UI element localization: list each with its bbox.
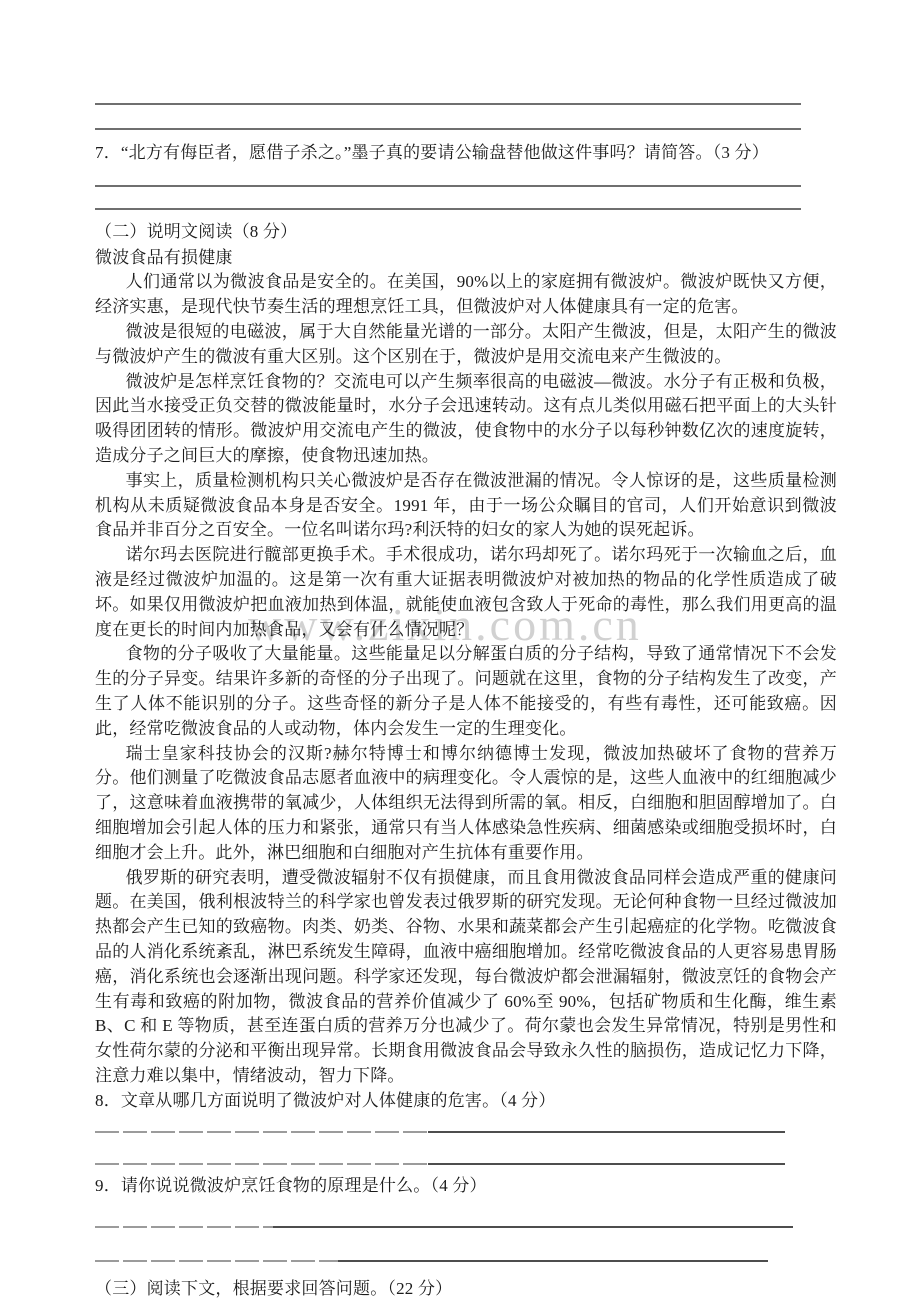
article-title: 微波食品有损健康 bbox=[95, 246, 837, 271]
article-paragraph: 诺尔玛去医院进行髋部更换手术。手术很成功，诺尔玛却死了。诺尔玛死于一次输血之后，… bbox=[95, 543, 837, 642]
section-3-heading: （三）阅读下文，根据要求回答问题。（22 分） bbox=[95, 1277, 837, 1302]
question-9: 9．请你说说微波炉烹饪食物的原理是什么。（4 分） bbox=[95, 1174, 837, 1199]
section-2-heading: （二）说明文阅读（8 分） bbox=[95, 220, 837, 245]
article-paragraph: 微波是很短的电磁波，属于大自然能量光谱的一部分。太阳产生微波，但是，太阳产生的微… bbox=[95, 320, 837, 370]
article-paragraph: 人们通常以为微波食品是安全的。在美国，90%以上的家庭拥有微波炉。微波炉既快又方… bbox=[95, 270, 837, 320]
answer-blank-line bbox=[95, 128, 801, 130]
answer-blank-line bbox=[95, 1259, 837, 1262]
exam-page: www.zixin.com.cn 7．“北方有侮臣者，愿借子杀之。”墨子真的要请… bbox=[0, 0, 920, 1302]
answer-blank-line bbox=[95, 208, 801, 210]
question-7: 7．“北方有侮臣者，愿借子杀之。”墨子真的要请公输盘替他做这件事吗？请简答。（3… bbox=[95, 141, 837, 166]
answer-line-dashed-segment bbox=[95, 1260, 338, 1262]
answer-blank-line bbox=[95, 1162, 837, 1165]
page-content: 7．“北方有侮臣者，愿借子杀之。”墨子真的要请公输盘替他做这件事吗？请简答。（3… bbox=[95, 103, 837, 1302]
answer-blank-line bbox=[95, 1225, 837, 1228]
answer-line-dashed-segment bbox=[95, 1226, 273, 1228]
answer-blank-line bbox=[95, 103, 801, 105]
article-paragraph: 食物的分子吸收了大量能量。这些能量足以分解蛋白质的分子结构，导致了通常情况下不会… bbox=[95, 642, 837, 741]
answer-line-solid-segment bbox=[338, 1260, 768, 1262]
article-paragraph: 事实上，质量检测机构只关心微波炉是否存在微波泄漏的情况。令人惊讶的是，这些质量检… bbox=[95, 469, 837, 543]
answer-line-dashed-segment bbox=[95, 1131, 428, 1133]
article-paragraph: 微波炉是怎样烹饪食物的？交流电可以产生频率很高的电磁波—微波。水分子有正极和负极… bbox=[95, 370, 837, 469]
article-paragraph: 瑞士皇家科技协会的汉斯?赫尔特博士和博尔纳德博士发现，微波加热破坏了食物的营养万… bbox=[95, 742, 837, 866]
answer-line-solid-segment bbox=[428, 1131, 785, 1133]
answer-line-solid-segment bbox=[428, 1163, 785, 1165]
answer-blank-line bbox=[95, 185, 801, 187]
answer-line-dashed-segment bbox=[95, 1163, 428, 1165]
question-8: 8．文章从哪几方面说明了微波炉对人体健康的危害。（4 分） bbox=[95, 1089, 837, 1114]
article-paragraph: 俄罗斯的研究表明，遭受微波辐射不仅有损健康，而且食用微波食品同样会造成严重的健康… bbox=[95, 866, 837, 1089]
answer-line-solid-segment bbox=[273, 1226, 793, 1228]
answer-blank-line bbox=[95, 1130, 837, 1133]
